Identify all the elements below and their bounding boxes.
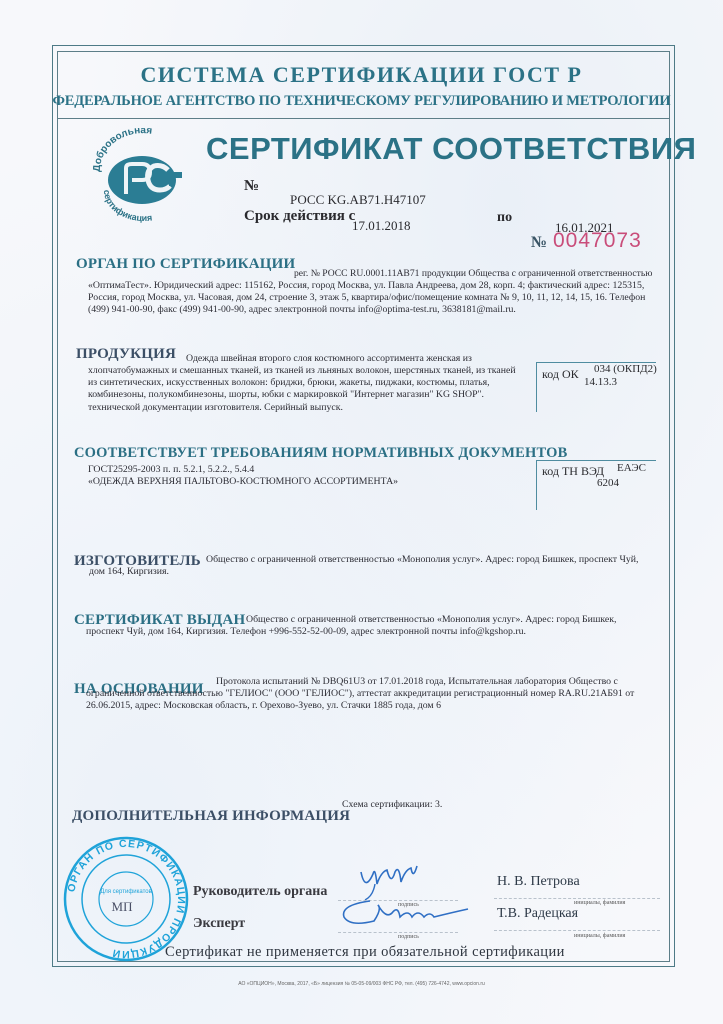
certification-scheme: Схема сертификации: 3. xyxy=(342,799,442,811)
basis-third-line: 26.06.2015, адрес: Московская область, г… xyxy=(86,700,441,712)
header-divider xyxy=(57,118,670,119)
expert-name-caption: инициалы, фамилия xyxy=(574,933,625,939)
expert-signature-line xyxy=(338,932,458,933)
rst-logo-icon: Добровольная сертификация xyxy=(90,128,194,228)
stamp-mp-label: МП xyxy=(112,899,133,914)
expert-name-line xyxy=(494,930,660,931)
okpd-code-value: 14.13.3 xyxy=(584,376,617,388)
tnved-classifier: ЕАЭС xyxy=(617,462,646,474)
products-first-line: Одежда швейная второго слоя костюмного а… xyxy=(186,353,472,365)
head-name-line xyxy=(494,898,660,899)
okpd-code-label: код ОК xyxy=(542,367,579,382)
basis-first-line: Протокола испытаний № DBQ61U3 от 17.01.2… xyxy=(216,676,618,688)
stamp-center-text: Для сертификатов xyxy=(100,889,152,895)
tnved-code-box: код ТН ВЭД ЕАЭС 6204 xyxy=(536,460,656,510)
compliance-heading: СООТВЕТСТВУЕТ ТРЕБОВАНИЯМ НОРМАТИВНЫХ ДО… xyxy=(74,445,568,462)
products-description: хлопчатобумажных и смешанных тканей, из … xyxy=(88,365,518,414)
validity-label: Срок действия с xyxy=(244,208,355,225)
expert-signature-caption: подпись xyxy=(398,934,419,940)
expert-name: Т.В. Радецкая xyxy=(497,906,578,922)
expert-label: Эксперт xyxy=(193,916,245,932)
manufacturer-first-line: Общество с ограниченной ответственностью… xyxy=(206,554,638,566)
manufacturer-second-line: дом 164, Киргизия. xyxy=(89,566,169,578)
head-name-caption: инициалы, фамилия xyxy=(574,900,625,906)
tnved-code-label: код ТН ВЭД xyxy=(542,464,604,479)
tnved-code-value: 6204 xyxy=(597,477,619,489)
footer-note: Сертификат не применяется при обязательн… xyxy=(165,944,565,961)
serial-number-label: № xyxy=(531,234,547,252)
agency-name: ФЕДЕРАЛЬНОЕ АГЕНТСТВО ПО ТЕХНИЧЕСКОМУ РЕ… xyxy=(0,93,723,110)
compliance-standard-title: «ОДЕЖДА ВЕРХНЯЯ ПАЛЬТОВО-КОСТЮМНОГО АССО… xyxy=(88,476,398,488)
number-label: № xyxy=(244,178,259,195)
certification-body-heading: ОРГАН ПО СЕРТИФИКАЦИИ xyxy=(76,256,295,273)
issued-to-first-line: Общество с ограниченной ответственностью… xyxy=(246,614,616,626)
valid-to-label: по xyxy=(497,210,512,226)
system-title: СИСТЕМА СЕРТИФИКАЦИИ ГОСТ Р xyxy=(0,62,723,88)
compliance-standard: ГОСТ25295-2003 п. п. 5.2.1, 5.2.2., 5.4.… xyxy=(88,464,254,476)
head-label: Руководитель органа xyxy=(193,884,327,900)
head-name: Н. В. Петрова xyxy=(497,874,580,890)
products-heading: ПРОДУКЦИЯ xyxy=(76,346,176,363)
additional-info-heading: ДОПОЛНИТЕЛЬНАЯ ИНФОРМАЦИЯ xyxy=(72,808,350,825)
certificate-number: РОСС KG.АВ71.Н47107 xyxy=(290,192,426,208)
valid-from-date: 17.01.2018 xyxy=(352,218,411,234)
printer-info: АО «ОПЦИОН», Москва, 2017, «Б» лицензия … xyxy=(0,981,723,987)
okpd-classifier: 034 (ОКПД2) xyxy=(594,363,657,375)
certification-body-details: «ОптимаТест». Юридический адрес: 115162,… xyxy=(88,280,668,317)
certification-body-reg: рег. № РОСС RU.0001.11АВ71 продукции Общ… xyxy=(294,268,652,280)
basis-second-line: ограниченной ответственностью "ГЕЛИОС" (… xyxy=(86,688,634,700)
serial-number: 0047073 xyxy=(553,229,642,253)
certificate-title: СЕРТИФИКАТ СООТВЕТСТВИЯ xyxy=(206,131,696,167)
expert-signature-icon xyxy=(330,895,470,935)
okpd-code-box: код ОК 034 (ОКПД2) 14.13.3 xyxy=(536,362,656,412)
issued-to-second-line: проспект Чуй, дом 164, Киргизия. Телефон… xyxy=(86,626,526,638)
